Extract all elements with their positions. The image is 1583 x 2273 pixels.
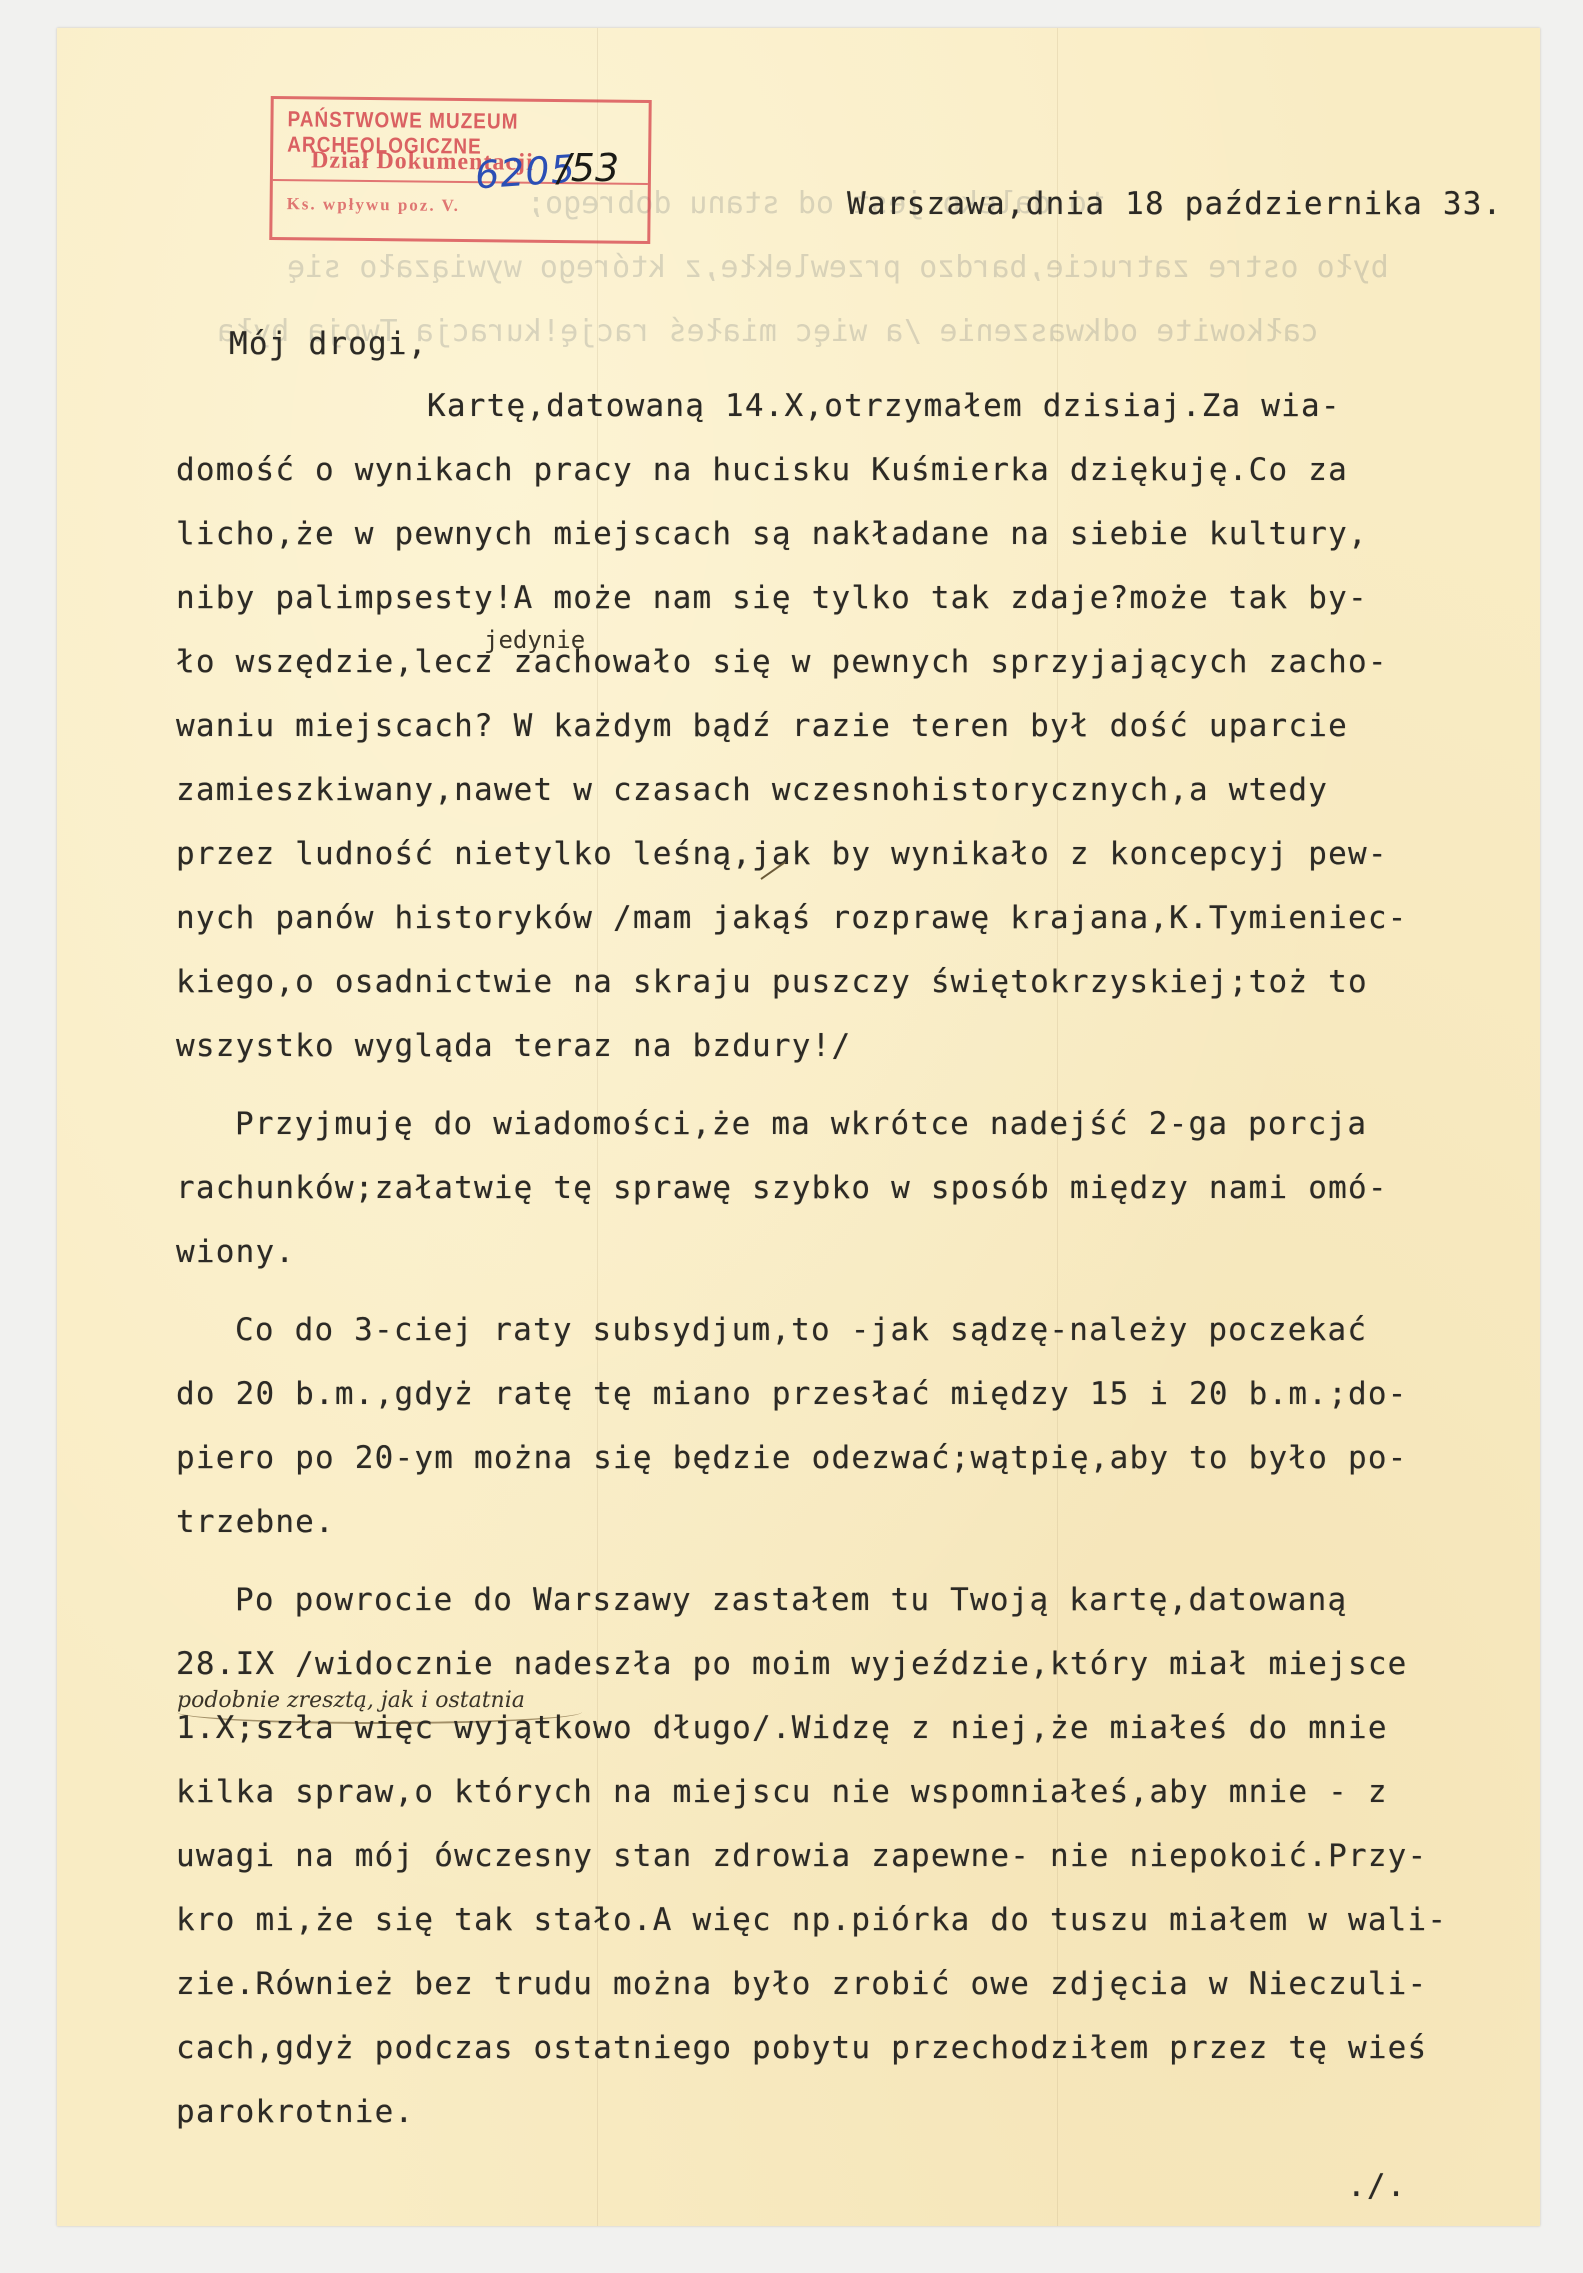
body-line: trzebne. xyxy=(176,1504,335,1540)
dateline: Warszawa,dnia 18 października 33. xyxy=(847,186,1503,222)
body-line: uwagi na mój ówczesny stan zdrowia zapew… xyxy=(176,1838,1427,1874)
inventory-number-suffix: /53 xyxy=(558,146,619,190)
body-line: parokrotnie. xyxy=(176,2094,414,2130)
body-line: cach,gdyż podczas ostatniego pobytu prze… xyxy=(176,2030,1427,2066)
body-line: kiego,o osadnictwie na skraju puszczy św… xyxy=(176,964,1368,1000)
body-line: kro mi,że się tak stało.A więc np.piórka… xyxy=(176,1902,1447,1938)
body-line: Po powrocie do Warszawy zastałem tu Twoj… xyxy=(235,1582,1347,1618)
body-line: piero po 20-ym można się będzie odezwać;… xyxy=(176,1440,1408,1476)
stamp-register-field: Ks. wpływu poz. V. xyxy=(287,194,461,216)
body-line: rachunków;załatwię tę sprawę szybko w sp… xyxy=(176,1170,1388,1206)
body-line: 1.X;szła więc wyjątkowo długo/.Widzę z n… xyxy=(176,1710,1388,1746)
body-line: do 20 b.m.,gdyż ratę tę miano przesłać m… xyxy=(176,1376,1408,1412)
body-line: domość o wynikach pracy na hucisku Kuśmi… xyxy=(176,452,1348,488)
body-line: wiony. xyxy=(176,1234,295,1270)
body-line: zie.Również bez trudu można było zrobić … xyxy=(176,1966,1427,2002)
body-line: ło wszędzie,lecz zachowało się w pewnych… xyxy=(176,644,1388,680)
bleed-through-text: było ostre zatrucie,bardzo przewlekłe,z … xyxy=(287,250,1389,285)
body-line: licho,że w pewnych miejscach są nakładan… xyxy=(176,516,1368,552)
body-line: wszystko wygląda teraz na bzdury!/ xyxy=(176,1028,851,1064)
body-line: waniu miejscach? W każdym bądź razie ter… xyxy=(176,708,1348,744)
body-line: Co do 3-ciej raty subsydjum,to -jak sądz… xyxy=(235,1312,1367,1348)
body-line: przez ludność nietylko leśną,jak by wyni… xyxy=(176,836,1388,872)
continuation-mark: ./. xyxy=(1347,2168,1407,2204)
body-line: kilka spraw,o których na miejscu nie wsp… xyxy=(176,1774,1388,1810)
body-line: Kartę,datowaną 14.X,otrzymałem dzisiaj.Z… xyxy=(427,388,1341,424)
body-line: zamieszkiwany,nawet w czasach wczesnohis… xyxy=(176,772,1328,808)
letter-page: to daleko jest od stanu dobrego; było os… xyxy=(57,28,1540,2226)
body-line: Przyjmuję do wiadomości,że ma wkrótce na… xyxy=(235,1106,1367,1142)
body-line: nych panów historyków /mam jakąś rozpraw… xyxy=(176,900,1408,936)
salutation: Mój drogi, xyxy=(229,326,428,362)
body-line: 28.IX /widocznie nadeszła po moim wyjeźd… xyxy=(176,1646,1408,1682)
body-line: niby palimpsesty!A może nam się tylko ta… xyxy=(176,580,1368,616)
